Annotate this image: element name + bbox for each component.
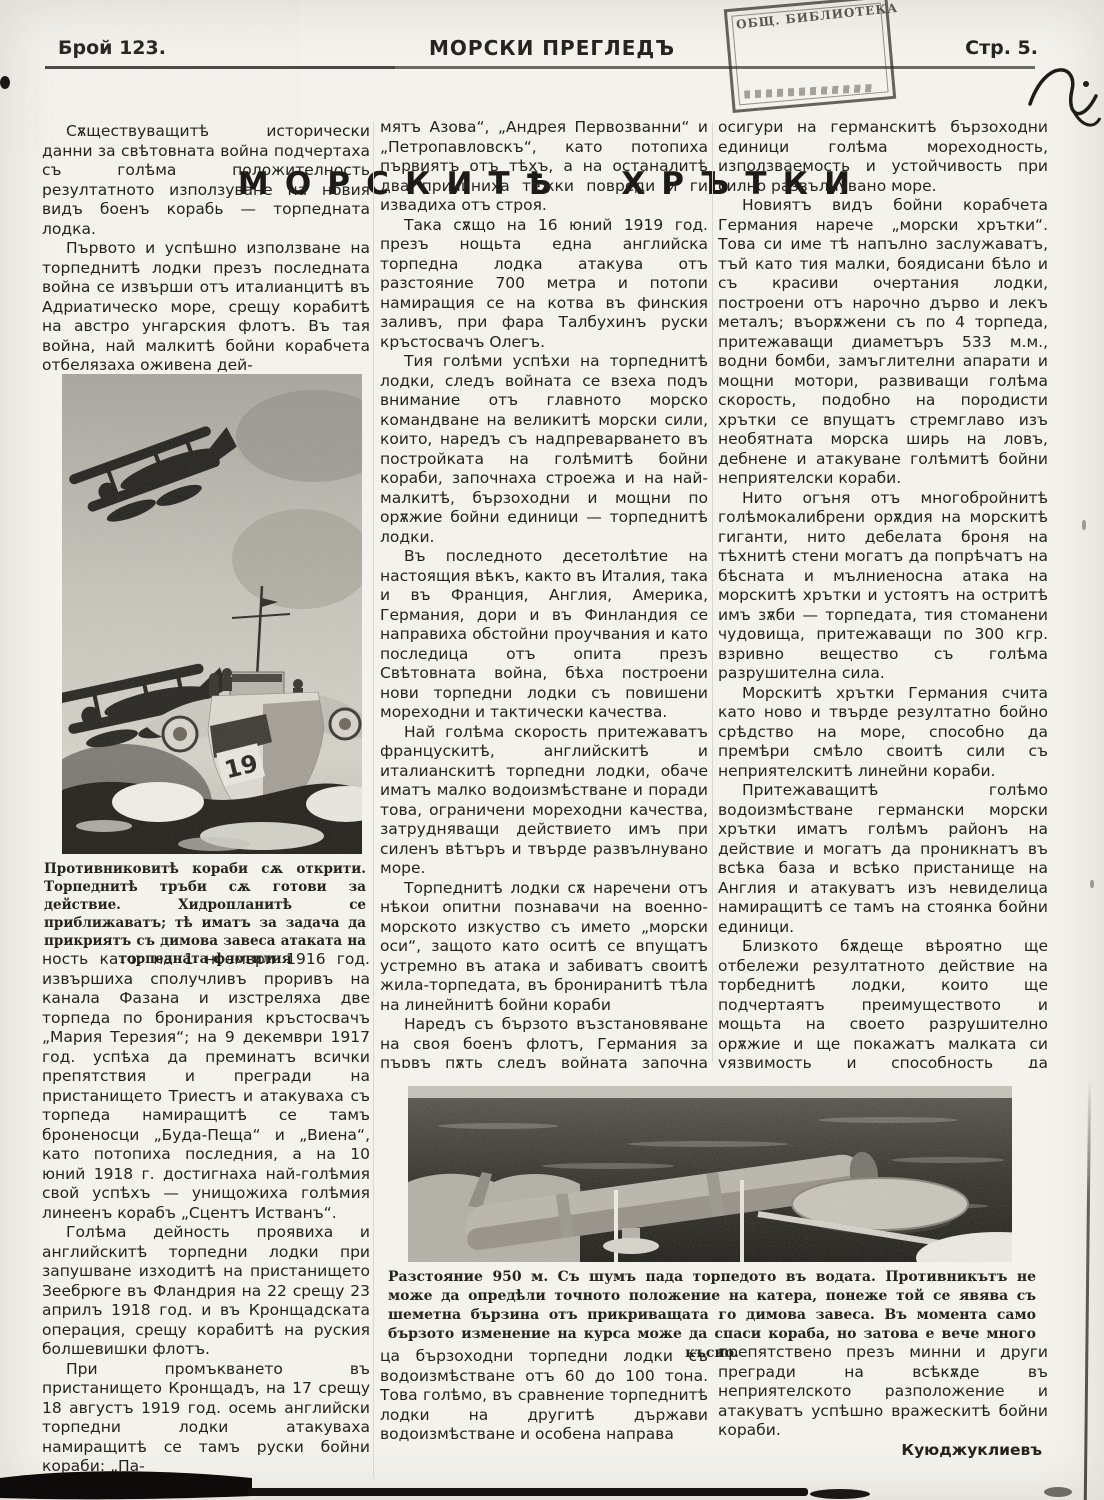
paragraph: Най голѣма скорость притежаватъ француск…: [380, 723, 708, 879]
paragraph: Близкото бѫдеще вѣроятно ще отбележи рез…: [718, 937, 1048, 1068]
column-3-bottom: препятствено презъ минни и други преград…: [718, 1343, 1048, 1479]
newspaper-page: Брой 123. МОРСКИ ПРЕГЛЕДЪ Стр. 5. ОБЩ. Б…: [0, 0, 1104, 1500]
column-2-bottom: ца бързоходни торпедни лодки съ водоизмѣ…: [380, 1347, 708, 1479]
paragraph: мятъ Азова“, „Андрея Первозванни“ и „Пет…: [380, 118, 708, 216]
paragraph: Тия голѣми успѣхи на торпеднитѣ лодки, с…: [380, 352, 708, 547]
ink-spot: [0, 76, 10, 89]
masthead: МОРСКИ ПРЕГЛЕДЪ: [429, 36, 675, 60]
column-divider: [373, 122, 374, 1478]
column-divider: [712, 122, 713, 1062]
library-stamp: ОБЩ. БИБЛИОТЕКА: [724, 0, 896, 113]
paragraph: Новиятъ видъ бойни корабчета Германия на…: [718, 196, 1048, 489]
ink-speck: [1082, 520, 1086, 530]
bottom-edge-smudge: [0, 1468, 1104, 1500]
column-3: осигури на германскитѣ бързоходни единиц…: [718, 118, 1048, 1068]
paragraph: ца бързоходни торпедни лодки съ водоизмѣ…: [380, 1347, 708, 1445]
author-signature: Куюджуклиевъ: [718, 1441, 1048, 1461]
paragraph: Морскитѣ хрътки Германия счита като ново…: [718, 684, 1048, 782]
paragraph: препятствено презъ минни и други преград…: [718, 1343, 1048, 1441]
paragraph: Голѣма дейность проявиха и английскитѣ т…: [42, 1223, 370, 1360]
issue-number: Брой 123.: [58, 36, 166, 60]
paragraph: ность като: на 1 ноември 1916 год. извър…: [42, 950, 370, 1223]
paragraph: Нито огъня отъ многобройнитѣ голѣмокалиб…: [718, 489, 1048, 684]
paragraph: Торпеднитѣ лодки сѫ наречени отъ нѣкои о…: [380, 879, 708, 1016]
paragraph: Първото и успѣшно използване на торпедни…: [42, 239, 370, 372]
photo2-illustration: [408, 1086, 1012, 1262]
paragraph: Така сѫщо на 16 юний 1919 год. презъ нощ…: [380, 216, 708, 353]
photo1-illustration: 19: [62, 374, 362, 854]
photo1-caption: Противниковитѣ кораби сѫ открити. Торпед…: [44, 860, 366, 952]
paragraph: Притежаващитѣ голѣмо водоизмѣстване герм…: [718, 781, 1048, 937]
paragraph: При промъкването въ пристанището Кронщад…: [42, 1360, 370, 1477]
paragraph: Сѫществуващитѣ исторически данни за свѣт…: [42, 122, 370, 239]
page-crease: [1084, 1078, 1091, 1500]
photo2-caption: Разстояние 950 м. Съ шумъ пада торпедото…: [388, 1268, 1036, 1346]
paragraph: Въ последното десетолѣтие на настоящия в…: [380, 547, 708, 723]
photo-torpedo-boat-and-seaplanes: 19: [62, 374, 362, 854]
column-2: мятъ Азова“, „Андрея Первозванни“ и „Пет…: [380, 118, 708, 1068]
paragraph: осигури на германскитѣ бързоходни единиц…: [718, 118, 1048, 196]
paragraph: Наредъ съ бързото възстановяване на своя…: [380, 1015, 708, 1068]
ink-scribble: [1016, 38, 1104, 148]
column-1-bottom: ность като: на 1 ноември 1916 год. извър…: [42, 950, 370, 1484]
ink-speck: [1090, 880, 1094, 888]
column-1-top: Сѫществуващитѣ исторически данни за свѣт…: [42, 122, 370, 372]
photo-torpedo-launch: [408, 1086, 1012, 1262]
